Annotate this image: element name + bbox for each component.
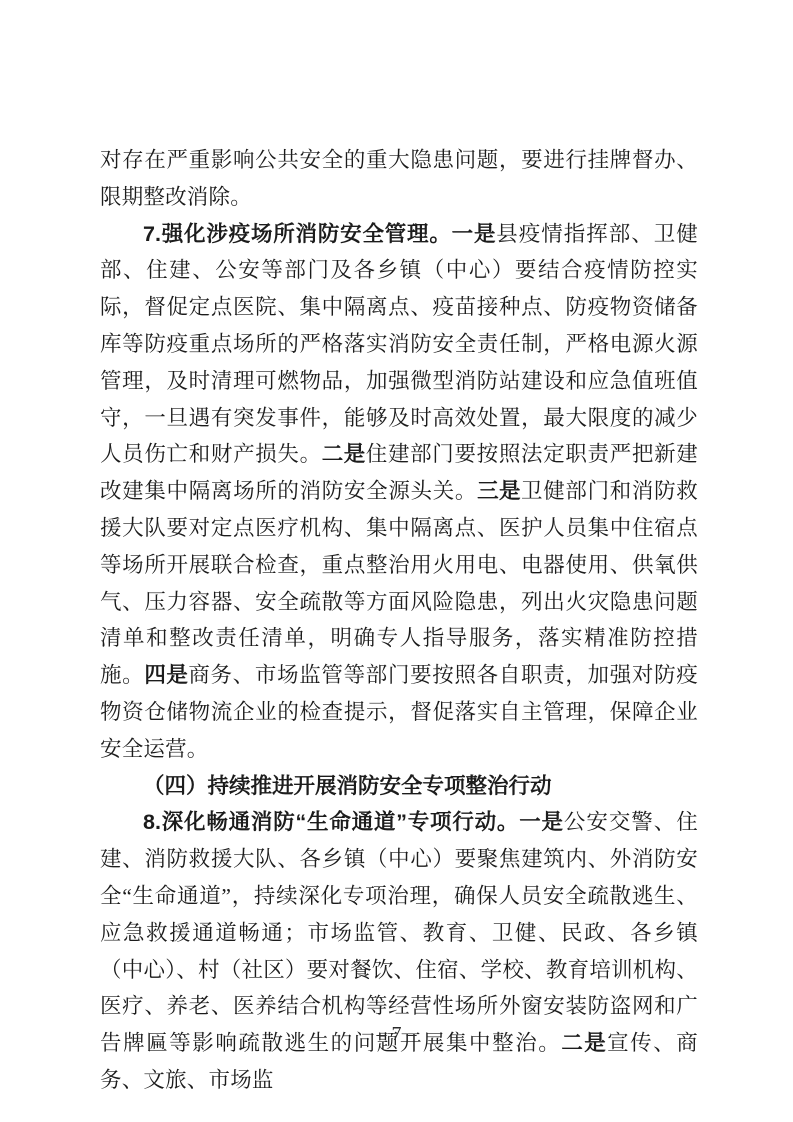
text-segment: 7.强化涉疫场所消防安全管理。一是 — [143, 222, 496, 246]
page-footer: – 7 – — [0, 1019, 793, 1049]
paragraph-item-8: 8.深化畅通消防“生命通道”专项行动。一是公安交警、住建、消防救援大队、各乡镇（… — [100, 804, 698, 1098]
text-segment: 四是 — [144, 663, 188, 687]
paragraph-continuation: 对存在严重影响公共安全的重大隐患问题，要进行挂牌督办、限期整改消除。 — [100, 142, 698, 216]
paragraph-item-7: 7.强化涉疫场所消防安全管理。一是县疫情指挥部、卫健部、住建、公安等部门及各乡镇… — [100, 216, 698, 768]
text-segment: 二是 — [322, 442, 366, 466]
page-number: – 7 – — [377, 1023, 417, 1045]
text-segment: 商务、市场监管等部门要按照各自职责，加强对防疫物资仓储物流企业的检查提示，督促落… — [100, 663, 698, 761]
text-segment: 对存在严重影响公共安全的重大隐患问题，要进行挂牌督办、限期整改消除。 — [100, 148, 698, 209]
text-segment: （四）持续推进开展消防安全专项整治行动 — [143, 774, 552, 798]
text-segment: 三是 — [477, 479, 521, 503]
section-heading-4: （四）持续推进开展消防安全专项整治行动 — [100, 768, 698, 805]
document-page: 对存在严重影响公共安全的重大隐患问题，要进行挂牌督办、限期整改消除。7.强化涉疫… — [0, 0, 793, 1122]
text-segment: 县疫情指挥部、卫健部、住建、公安等部门及各乡镇（中心）要结合疫情防控实际，督促定… — [100, 222, 698, 467]
text-segment: 8.深化畅通消防“生命通道”专项行动。一是 — [143, 810, 564, 834]
document-body: 对存在严重影响公共安全的重大隐患问题，要进行挂牌督办、限期整改消除。7.强化涉疫… — [100, 142, 698, 1099]
text-segment: 卫健部门和消防救援大队要对定点医疗机构、集中隔离点、医护人员集中住宿点等场所开展… — [100, 479, 698, 687]
